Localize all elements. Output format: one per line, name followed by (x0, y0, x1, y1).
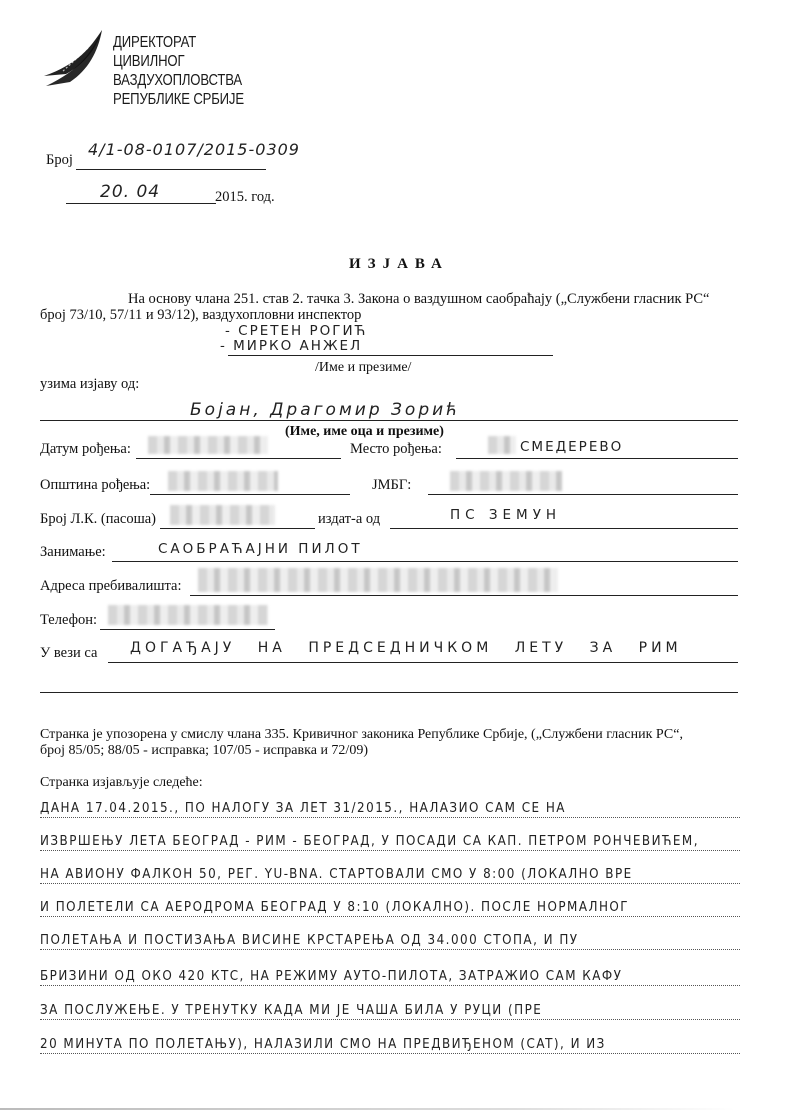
occupation-value: САОБРАЋАЈНИ ПИЛОТ (158, 541, 363, 557)
issued-by-value: ПС ЗЕМУН (450, 507, 561, 523)
phone-redacted (108, 605, 268, 625)
org-line: РЕПУБЛИКЕ СРБИЈЕ (113, 90, 244, 109)
inspector-caption: /Име и презиме/ (315, 360, 411, 376)
statement-line: извршењу лета Београд - Рим - Београд, у… (40, 823, 740, 853)
org-line: ДИРЕКТОРАТ (113, 33, 244, 52)
sail-wing-logo-icon (40, 28, 110, 90)
jmbg-label: ЈМБГ: (372, 477, 411, 494)
inspector-name-1: - СРЕТЕН РОГИЋ (225, 323, 367, 339)
address-label: Адреса пребивалишта: (40, 578, 182, 595)
occupation-label: Занимање: (40, 544, 106, 561)
statement-label: Странка изјављује следеће: (40, 775, 203, 791)
reference-number-value: 4/1-08-0107/2015-0309 (88, 140, 300, 159)
statement-line: за послужење. У тренутку када ми је чаша… (40, 992, 740, 1022)
regarding-value: ДОГАЂАЈУ НА ПРЕДСЕДНИЧКОМ ЛЕТУ ЗА РИМ (130, 640, 682, 656)
warning-line-1: Странка је упозорена у смислу члана 335.… (40, 727, 683, 743)
statement-line: Дана 17.04.2015., по налогу за лет 31/20… (40, 790, 740, 820)
address-redacted (198, 568, 558, 592)
document-title: ИЗЈАВА (349, 256, 449, 273)
intro-line-1: На основу члана 251. став 2. тачка 3. За… (128, 291, 709, 308)
declarant-name: Бојан, Драгомир Зорић (190, 400, 460, 420)
regarding-label: У вези са (40, 645, 97, 662)
id-redacted (170, 505, 275, 525)
reference-date-suffix: 2015. год. (215, 189, 275, 206)
municipality-label: Општина рођења: (40, 477, 150, 494)
phone-label: Телефон: (40, 612, 97, 629)
jmbg-redacted (450, 471, 562, 491)
organization-name: ДИРЕКТОРАТ ЦИВИЛНОГ ВАЗДУХОПЛОВСТВА РЕПУ… (113, 33, 244, 109)
org-line: ВАЗДУХОПЛОВСТВА (113, 71, 244, 90)
page-bottom-edge (0, 1108, 735, 1110)
statement-line: бризини од око 420 КТС, на режиму ауто-п… (40, 958, 740, 988)
statement-line: и полетели са аеродрома Београд у 8:10 (… (40, 889, 740, 919)
statement-line: на авиону Фалкон 50, рег. YU-BNA. Старто… (40, 856, 740, 886)
statement-line: полетања и постизања висине крстарења од… (40, 922, 740, 952)
warning-line-2: број 85/05; 88/05 - исправка; 107/05 - и… (40, 743, 368, 759)
taken-from-label: узима изјаву од: (40, 376, 139, 393)
birth-place-redacted (488, 436, 516, 454)
birth-date-redacted (148, 436, 268, 454)
intro-line-2: број 73/10, 57/11 и 93/12), ваздухопловн… (40, 307, 361, 324)
birth-place-value: СМЕДЕРЕВО (520, 439, 623, 455)
declarant-caption: (Име, име оца и презиме) (285, 424, 444, 440)
reference-number-label: Број (46, 152, 73, 169)
inspector-name-2: - МИРКО АНЖЕЛ (220, 338, 362, 354)
reference-date-value: 20. 04 (100, 182, 160, 202)
birth-place-label: Место рођења: (350, 441, 442, 458)
statement-line: 20 минута по полетању), налазили смо на … (40, 1026, 740, 1056)
birth-date-label: Датум рођења: (40, 441, 131, 458)
id-label: Број Л.К. (пасоша) (40, 511, 156, 528)
org-line: ЦИВИЛНОГ (113, 52, 244, 71)
issued-by-label: издат-а од (318, 511, 380, 528)
municipality-redacted (168, 471, 278, 491)
